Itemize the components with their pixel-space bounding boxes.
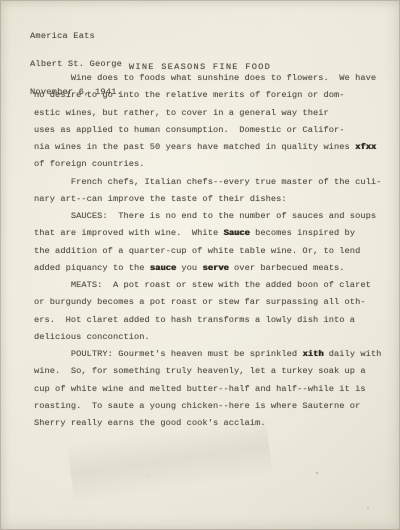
text-line: or burgundy becomes a pot roast or stew … [34, 294, 394, 311]
typed-text: delicious conconction. [34, 332, 150, 342]
typed-text: roasting. To saute a young chicken--here… [34, 401, 360, 411]
text-line: ers. Hot claret added to hash transforms… [34, 312, 394, 329]
typed-text: estic wines, but rather, to cover in a g… [34, 108, 329, 118]
typed-text: wine. So, for something truly heavenly, … [34, 366, 366, 376]
text-line: MEATS: A pot roast or stew with the adde… [34, 277, 394, 294]
text-line: POULTRY: Gourmet's heaven must be sprink… [34, 346, 394, 363]
typed-text: or burgundy becomes a pot roast or stew … [34, 297, 366, 307]
paper-speck [148, 476, 150, 477]
text-line: no desire to go into the relative merits… [34, 87, 394, 104]
typed-text: that are improved with wine. White [34, 228, 223, 238]
text-line: added piquancy to the sauce you serve ov… [34, 260, 394, 277]
typed-text: French chefs, Italian chefs--every true … [34, 177, 381, 187]
typed-text: SAUCES: There is no end to the number of… [34, 211, 376, 221]
text-line: that are improved with wine. White Sauce… [34, 225, 394, 242]
text-line: estic wines, but rather, to cover in a g… [34, 105, 394, 122]
typed-text: you [176, 263, 202, 273]
text-line: Sherry really earns the good cook's accl… [34, 415, 394, 432]
overstruck-text: sauce [150, 263, 176, 273]
text-line: French chefs, Italian chefs--every true … [34, 174, 394, 191]
overstruck-text: xfxx [355, 142, 376, 152]
typed-text: cup of white wine and melted butter--hal… [34, 384, 366, 394]
overstruck-text: xith [302, 349, 323, 359]
overstruck-text: serve [202, 263, 228, 273]
text-line: delicious conconction. [34, 329, 394, 346]
typed-text: ers. Hot claret added to hash transforms… [34, 315, 355, 325]
typed-text: over barbecued meats. [229, 263, 345, 273]
text-line: of foreign countries. [34, 156, 394, 173]
typed-text: nary art--can improve the taste of their… [34, 194, 287, 204]
typed-text: no desire to go into the relative merits… [34, 90, 345, 100]
project-name: America Eats [30, 32, 122, 41]
paper-speck [316, 472, 318, 474]
typed-text: POULTRY: Gourmet's heaven must be sprink… [34, 349, 302, 359]
text-line: cup of white wine and melted butter--hal… [34, 381, 394, 398]
text-line: SAUCES: There is no end to the number of… [34, 208, 394, 225]
overstruck-text: Sauce [223, 228, 249, 238]
typed-text: becomes inspired by [250, 228, 355, 238]
typed-text: MEATS: A pot roast or stew with the adde… [34, 280, 371, 290]
text-line: wine. So, for something truly heavenly, … [34, 363, 394, 380]
text-line: nary art--can improve the taste of their… [34, 191, 394, 208]
text-line: roasting. To saute a young chicken--here… [34, 398, 394, 415]
text-line: Wine does to foods what sunshine does to… [34, 70, 394, 87]
typed-text: daily with [324, 349, 382, 359]
paper-speck [367, 507, 369, 509]
typed-text: the addition of a quarter-cup of white t… [34, 246, 360, 256]
typed-text: uses as applied to human consumption. Do… [34, 125, 345, 135]
scanned-document-page: America Eats Albert St. George November … [0, 0, 400, 530]
typed-text: added piquancy to the [34, 263, 150, 273]
typed-text: of foreign countries. [34, 159, 145, 169]
text-line: nia wines in the past 50 years have matc… [34, 139, 394, 156]
typed-text: Wine does to foods what sunshine does to… [34, 73, 376, 83]
document-body: Wine does to foods what sunshine does to… [34, 70, 394, 432]
text-line: uses as applied to human consumption. Do… [34, 122, 394, 139]
text-line: the addition of a quarter-cup of white t… [34, 243, 394, 260]
typed-text: nia wines in the past 50 years have matc… [34, 142, 355, 152]
typed-text: Sherry really earns the good cook's accl… [34, 418, 266, 428]
